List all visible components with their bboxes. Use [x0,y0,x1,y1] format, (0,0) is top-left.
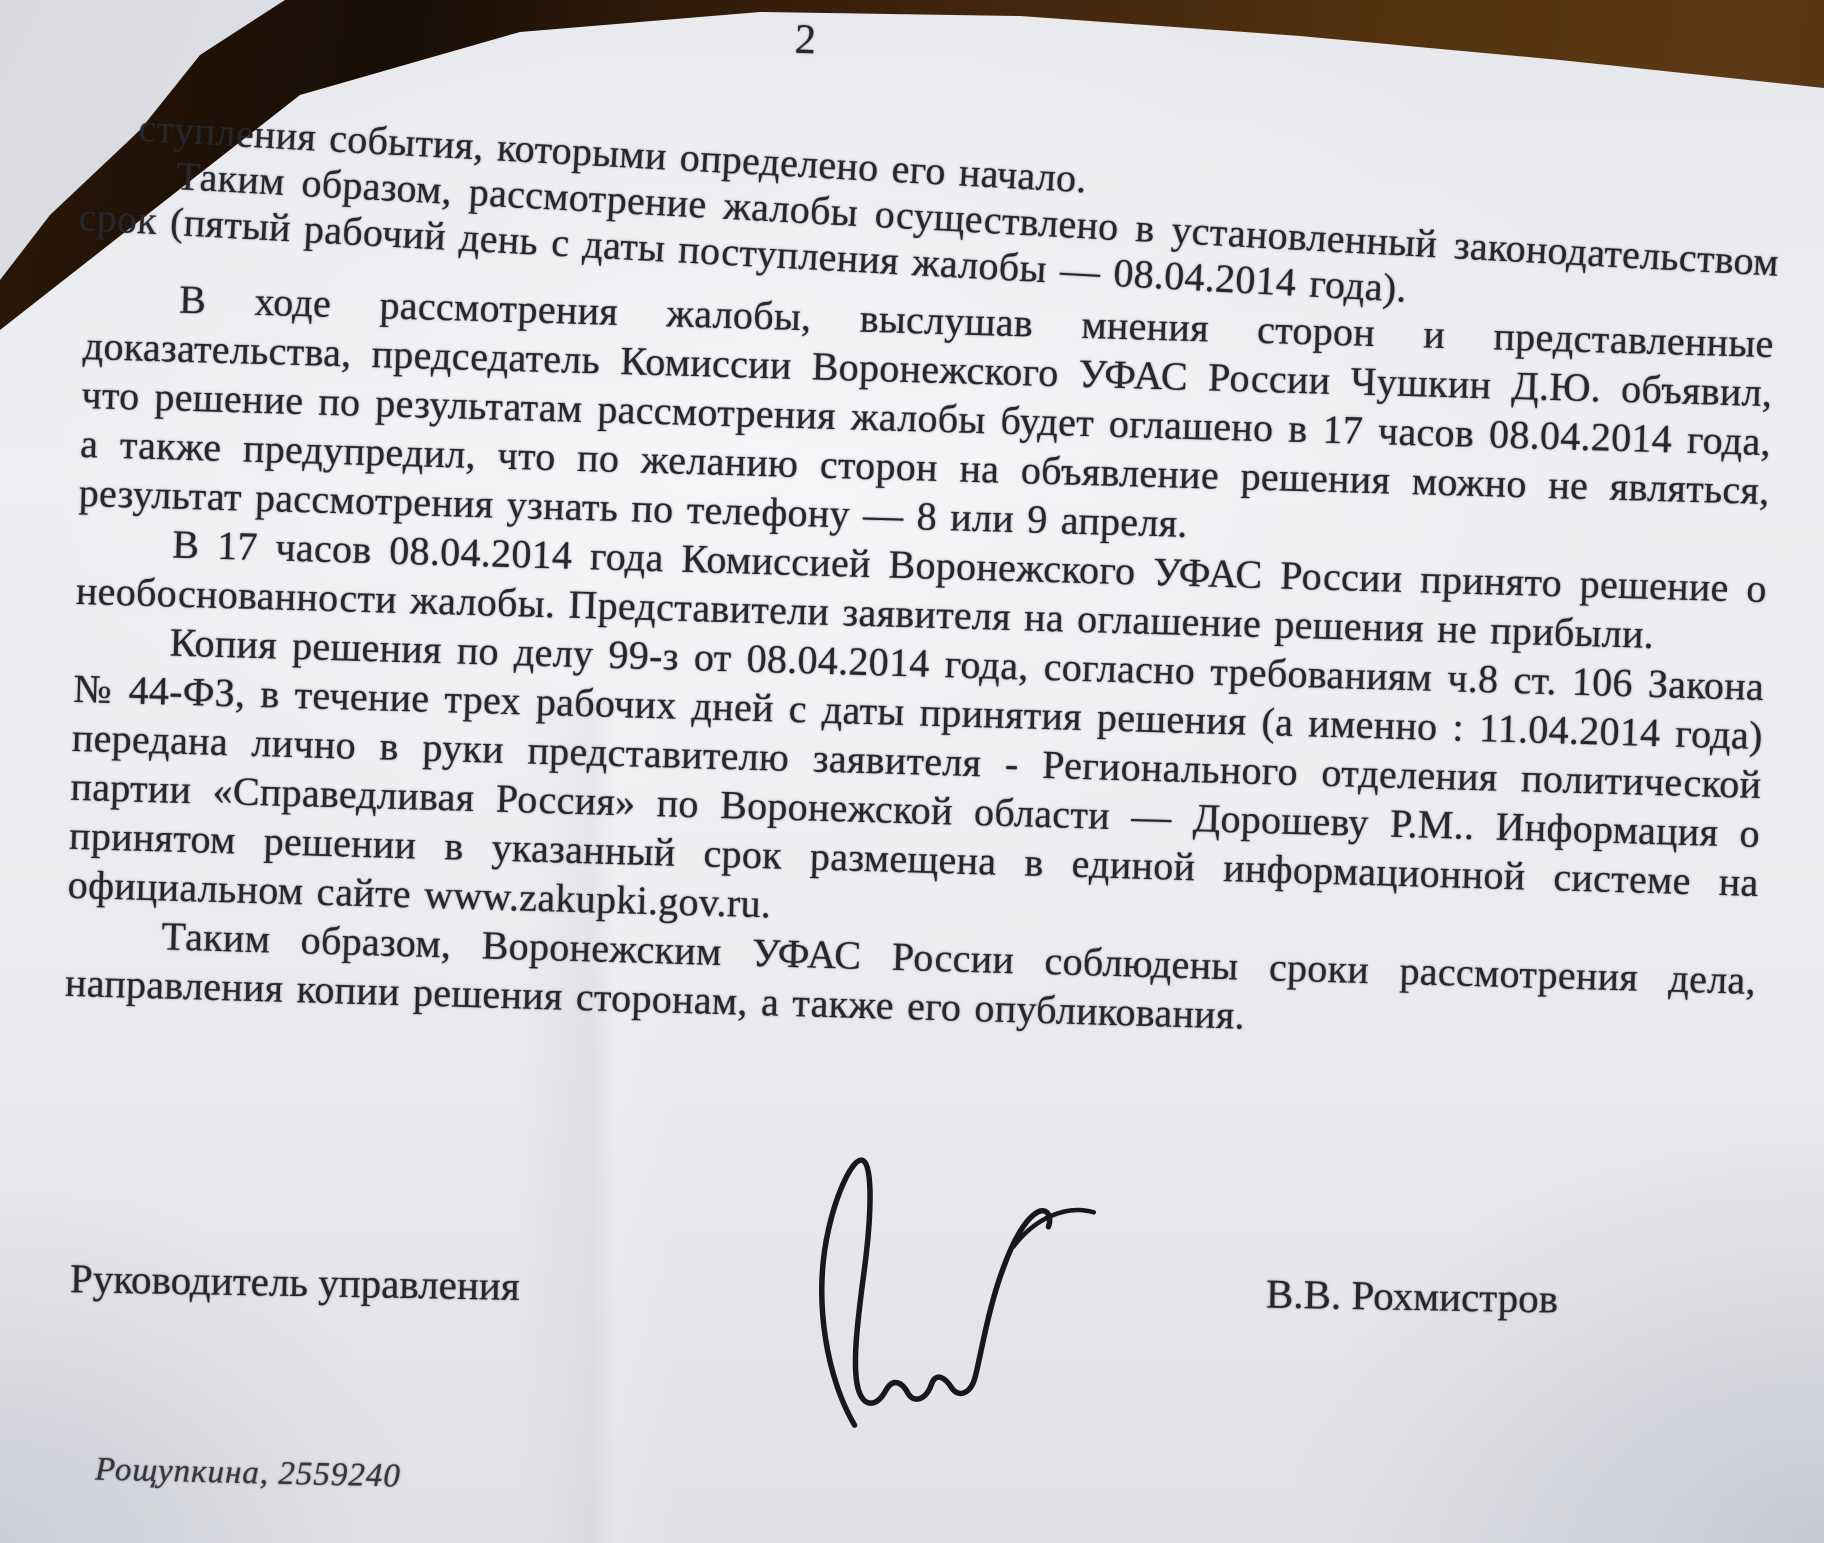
paragraph: В ходе рассмотрения жалобы, выслушав мне… [78,272,1774,564]
photo-of-document: 2 ступления события, которыми определено… [0,0,1824,1543]
handwritten-signature [750,1118,1147,1438]
page-number: 2 [794,16,817,65]
document-text-main: В ходе рассмотрения жалобы, выслушав мне… [64,272,1774,1054]
paragraph: Копия решения по делу 99-з от 08.04.2014… [67,615,1765,956]
document-footer-reference: Рощупкина, 2559240 [95,1452,402,1496]
signatory-name: В.В. Рохмистров [1266,1269,1559,1322]
signatory-role-label: Руководитель управления [70,1254,520,1310]
